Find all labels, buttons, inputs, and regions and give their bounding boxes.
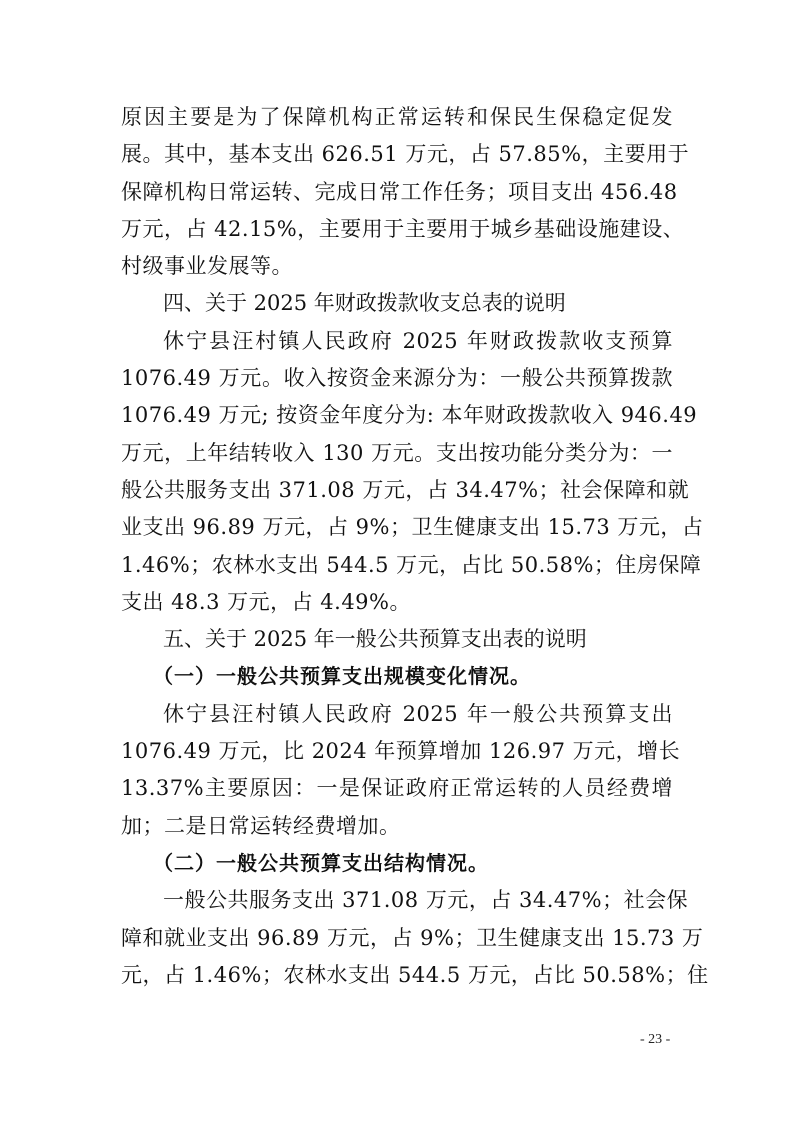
body-line: 1.46%；农林水支出 544.5 万元，占比 50.58%；住房保障 [121, 547, 673, 584]
page-number: - 23 - [640, 1032, 670, 1048]
body-line: 1076.49 万元。收入按资金来源分为：一般公共预算拨款 [121, 360, 673, 397]
body-line: 1076.49 万元，比 2024 年预算增加 126.97 万元，增长 [121, 733, 673, 770]
body-line: 展。其中，基本支出 626.51 万元，占 57.85%，主要用于 [121, 136, 673, 173]
body-line: 加；二是日常运转经费增加。 [121, 808, 673, 845]
body-line: 原因主要是为了保障机构正常运转和保民生保稳定促发 [121, 99, 673, 136]
body-line: 1076.49 万元; 按资金年度分为: 本年财政拨款收入 946.49 [121, 397, 673, 434]
section-heading-5: 五、关于 2025 年一般公共预算支出表的说明 [121, 621, 673, 658]
body-line: 元，占 1.46%；农林水支出 544.5 万元，占比 50.58%；住 [121, 957, 673, 994]
document-page: 原因主要是为了保障机构正常运转和保民生保稳定促发 展。其中，基本支出 626.5… [121, 99, 673, 994]
body-line: 一般公共服务支出 371.08 万元，占 34.47%；社会保 [121, 882, 673, 919]
section-heading-4: 四、关于 2025 年财政拨款收支总表的说明 [121, 285, 673, 322]
body-line: 业支出 96.89 万元，占 9%；卫生健康支出 15.73 万元，占 [121, 509, 673, 546]
body-line: 支出 48.3 万元，占 4.49%。 [121, 584, 673, 621]
body-line: 村级事业发展等。 [121, 248, 673, 285]
subsection-heading-1: （一）一般公共预算支出规模变化情况。 [121, 658, 673, 695]
body-line: 般公共服务支出 371.08 万元，占 34.47%；社会保障和就 [121, 472, 673, 509]
subsection-heading-2: （二）一般公共预算支出结构情况。 [121, 845, 673, 882]
body-line: 万元，占 42.15%，主要用于主要用于城乡基础设施建设、 [121, 211, 673, 248]
body-line: 保障机构日常运转、完成日常工作任务；项目支出 456.48 [121, 174, 673, 211]
body-line: 万元，上年结转收入 130 万元。支出按功能分类分为：一 [121, 435, 673, 472]
body-line: 休宁县汪村镇人民政府 2025 年一般公共预算支出 [121, 696, 673, 733]
body-line: 障和就业支出 96.89 万元，占 9%；卫生健康支出 15.73 万 [121, 920, 673, 957]
body-line: 13.37%主要原因：一是保证政府正常运转的人员经费增 [121, 770, 673, 807]
body-line: 休宁县汪村镇人民政府 2025 年财政拨款收支预算 [121, 323, 673, 360]
